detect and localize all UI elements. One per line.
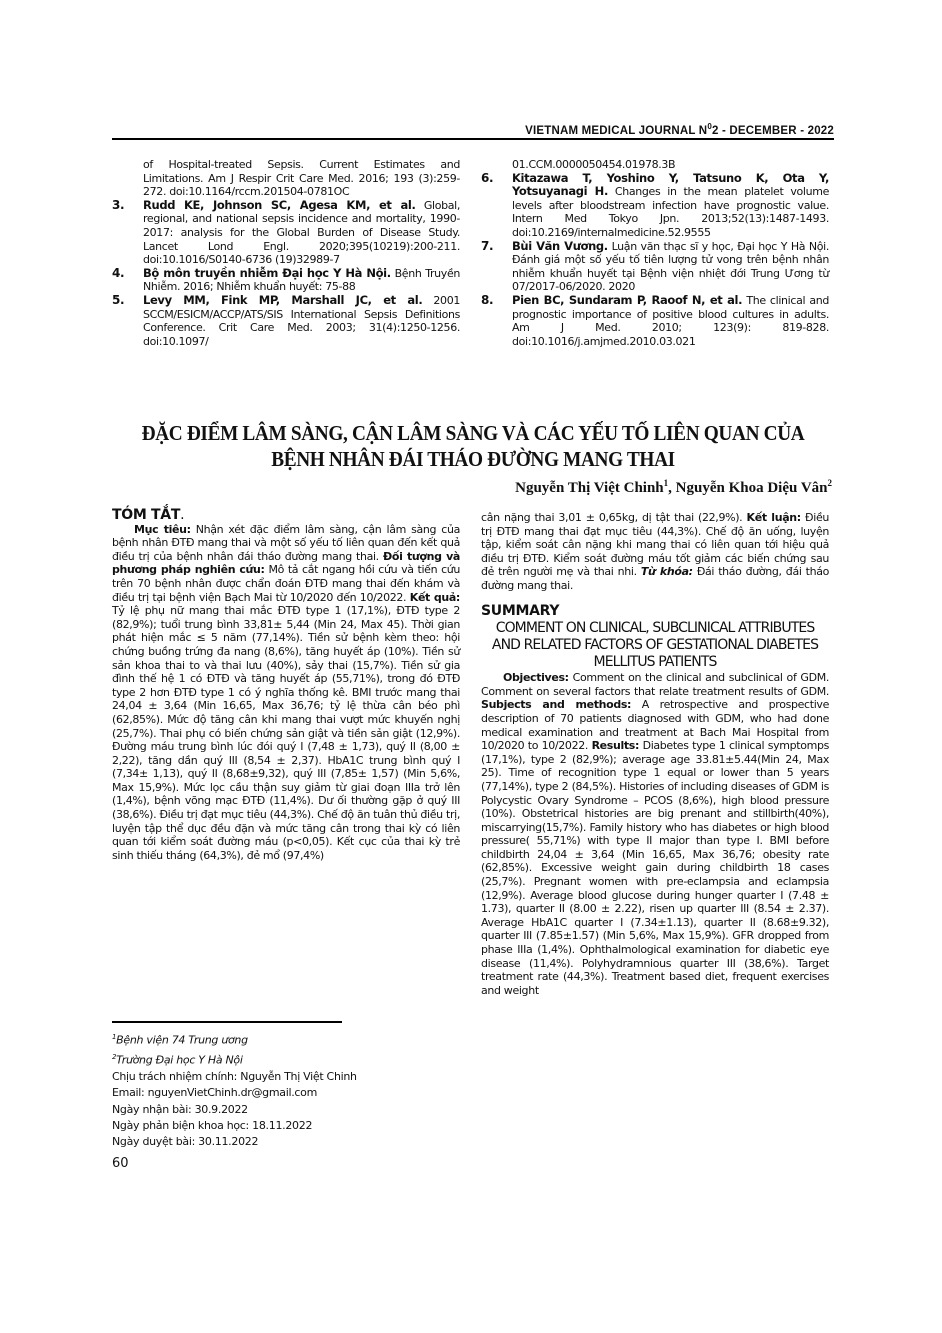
- journal-name: VIETNAM MEDICAL JOURNAL N: [525, 125, 707, 137]
- summary-heading: SUMMARY: [481, 605, 829, 619]
- reviewed-date: Ngày phản biện khoa học: 18.11.2022: [112, 1118, 460, 1134]
- reference-continuation: of Hospital-treated Sepsis. Current Esti…: [112, 158, 460, 199]
- results-text: Tỷ lệ phụ nữ mang thai mắc ĐTĐ type 1 (1…: [112, 604, 460, 862]
- article-title-line-1: ĐẶC ĐIỂM LÂM SÀNG, CẬN LÂM SÀNG VÀ CÁC Y…: [141, 420, 805, 446]
- reference-number: 5.: [112, 294, 124, 308]
- reference-authors: Pien BC, Sundaram P, Raoof N, et al.: [512, 293, 742, 307]
- footnote-divider: [112, 1021, 342, 1023]
- accepted-date: Ngày duyệt bài: 30.11.2022: [112, 1134, 460, 1150]
- results-en-text: Diabetes type 1 clinical symptomps (17,1…: [481, 739, 829, 997]
- keywords-label: Từ khóa:: [641, 565, 693, 578]
- reference-authors: Rudd KE, Johnson SC, Agesa KM, et al.: [143, 198, 415, 212]
- reference-authors: Bùi Văn Vương.: [512, 239, 608, 253]
- abstract-right-column: cân nặng thai 3,01 ± 0,65kg, dị tật thai…: [481, 511, 829, 997]
- results-label: Kết quả:: [410, 591, 460, 604]
- reference-number: 3.: [112, 199, 124, 213]
- heading-dot: .: [180, 507, 184, 523]
- abstract-vi-continuation: cân nặng thai 3,01 ± 0,65kg, dị tật thai…: [481, 511, 829, 593]
- affiliation-2-text: Trường Đại học Y Hà Nội: [116, 1054, 242, 1067]
- journal-issue: 2 - DECEMBER - 2022: [712, 125, 834, 137]
- article-authors: Nguyễn Thị Việt Chinh1, Nguyễn Khoa Diệu…: [400, 478, 832, 497]
- reference-continuation: 01.CCM.0000050454.01978.3B: [481, 158, 829, 172]
- results-en-label: Results:: [592, 739, 639, 752]
- article-title: ĐẶC ĐIỂM LÂM SÀNG, CẬN LÂM SÀNG VÀ CÁC Y…: [141, 420, 805, 472]
- subjects-methods-label: Subjects and methods:: [481, 698, 631, 711]
- summary-title: COMMENT ON CLINICAL, SUBCLINICAL ATTRIBU…: [481, 620, 829, 671]
- affiliation-1: 1Bệnh viện 74 Trung ương: [112, 1029, 460, 1049]
- abstract-vi-column: TÓM TẮT. Mục tiêu: Nhận xét đặc điểm lâm…: [112, 509, 460, 862]
- conclusion-label: Kết luận:: [747, 511, 801, 524]
- article-title-line-2: BỆNH NHÂN ĐÁI THÁO ĐƯỜNG MANG THAI: [141, 446, 805, 472]
- reference-item: 5.Levy MM, Fink MP, Marshall JC, et al. …: [112, 294, 460, 348]
- author-2: Nguyễn Khoa Diệu Vân: [676, 480, 828, 496]
- running-header: VIETNAM MEDICAL JOURNAL N02 - DECEMBER -…: [112, 122, 834, 140]
- reference-number: 4.: [112, 267, 124, 281]
- reference-item: 6.Kitazawa T, Yoshino Y, Tatsuno K, Ota …: [481, 172, 829, 240]
- reference-authors: Bộ môn truyền nhiễm Đại học Y Hà Nội.: [143, 266, 391, 280]
- references-right-column: 01.CCM.0000050454.01978.3B 6.Kitazawa T,…: [481, 158, 829, 348]
- reference-item: 7.Bùi Văn Vương. Luận văn thạc sĩ y học,…: [481, 240, 829, 294]
- objective-label: Mục tiêu:: [134, 523, 191, 536]
- results-text-continued: cân nặng thai 3,01 ± 0,65kg, dị tật thai…: [481, 511, 747, 524]
- abstract-vi-heading: TÓM TẮT.: [112, 509, 460, 523]
- affiliation-2: 2Trường Đại học Y Hà Nội: [112, 1049, 460, 1069]
- corresponding-author: Chịu trách nhiệm chính: Nguyễn Thị Việt …: [112, 1069, 460, 1085]
- objectives-label: Objectives:: [503, 671, 569, 684]
- reference-item: 3.Rudd KE, Johnson SC, Agesa KM, et al. …: [112, 199, 460, 267]
- abstract-vi-paragraph: Mục tiêu: Nhận xét đặc điểm lâm sàng, cậ…: [112, 523, 460, 863]
- affiliation-1-text: Bệnh viện 74 Trung ương: [116, 1034, 248, 1047]
- page-number: 60: [112, 1156, 129, 1171]
- email: Email: nguyenVietChinh.dr@gmail.com: [112, 1085, 460, 1101]
- reference-number: 8.: [481, 294, 493, 308]
- author-2-affiliation: 2: [828, 478, 833, 488]
- reference-authors: Levy MM, Fink MP, Marshall JC, et al.: [143, 293, 422, 307]
- reference-number: 6.: [481, 172, 493, 186]
- references-left-column: of Hospital-treated Sepsis. Current Esti…: [112, 158, 460, 348]
- author-1: Nguyễn Thị Việt Chinh: [515, 480, 664, 496]
- reference-item: 4.Bộ môn truyền nhiễm Đại học Y Hà Nội. …: [112, 267, 460, 294]
- heading-text: TÓM TẮT: [112, 507, 180, 523]
- author-separator: ,: [668, 480, 676, 496]
- received-date: Ngày nhận bài: 30.9.2022: [112, 1102, 460, 1118]
- footnotes: 1Bệnh viện 74 Trung ương 2Trường Đại học…: [112, 1029, 460, 1150]
- summary-paragraph: Objectives: Comment on the clinical and …: [481, 671, 829, 997]
- reference-item: 8.Pien BC, Sundaram P, Raoof N, et al. T…: [481, 294, 829, 348]
- reference-number: 7.: [481, 240, 493, 254]
